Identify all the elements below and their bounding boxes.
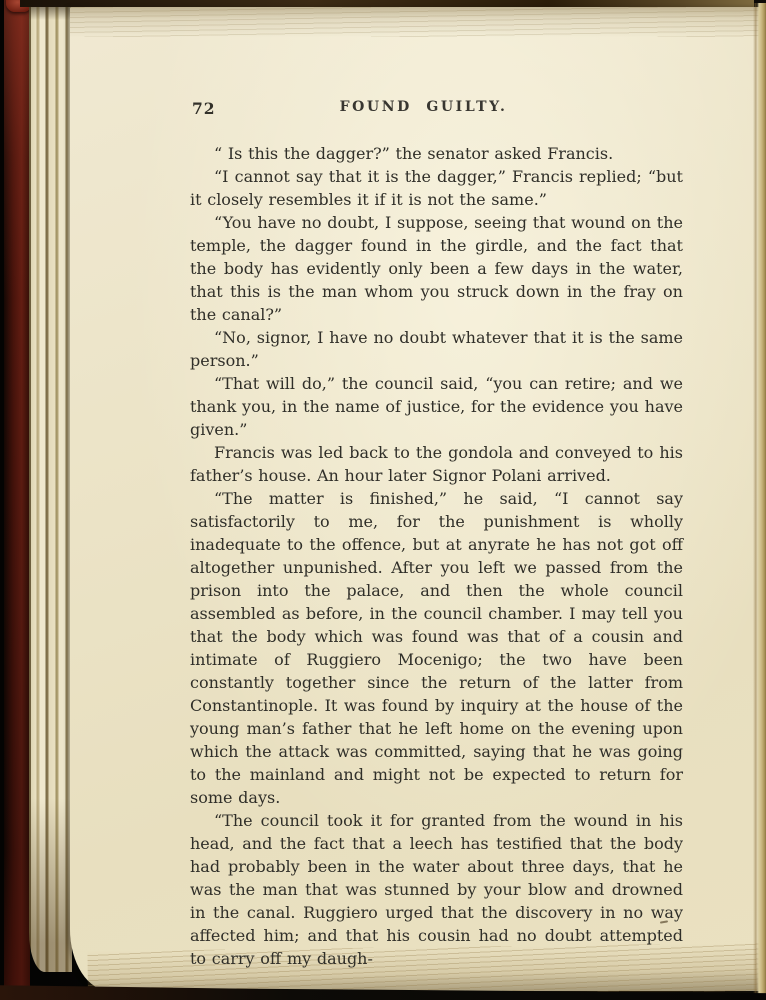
- scanned-book-page: 72 FOUND GUILTY. “ Is this the dagger?” …: [0, 0, 766, 1000]
- paragraph: “The council took it for granted from th…: [190, 809, 683, 970]
- stacked-page-edges: [29, 6, 72, 972]
- paragraph: Francis was led back to the gondola and …: [190, 441, 683, 487]
- paragraph: “That will do,” the council said, “you c…: [190, 372, 683, 441]
- page-header: 72 FOUND GUILTY.: [190, 99, 683, 121]
- body-text: “ Is this the dagger?” the senator asked…: [190, 142, 683, 970]
- paragraph: “You have no doubt, I suppose, seeing th…: [190, 211, 683, 326]
- page-top-shade: [70, 7, 762, 37]
- page-content: 72 FOUND GUILTY. “ Is this the dagger?” …: [190, 99, 683, 970]
- running-title: FOUND GUILTY.: [190, 99, 683, 115]
- book-top-edge: [20, 0, 754, 7]
- paragraph: “I cannot say that it is the dagger,” Fr…: [190, 165, 683, 211]
- page-number: 72: [192, 99, 216, 118]
- book-page: 72 FOUND GUILTY. “ Is this the dagger?” …: [70, 7, 762, 991]
- paragraph: “The matter is finished,” he said, “I ca…: [190, 487, 683, 809]
- paragraph: “ Is this the dagger?” the senator asked…: [190, 142, 683, 165]
- page-fore-edge-right: [753, 3, 766, 994]
- book-cover-spine: [4, 0, 30, 1000]
- paragraph: “No, signor, I have no doubt whatever th…: [190, 326, 683, 372]
